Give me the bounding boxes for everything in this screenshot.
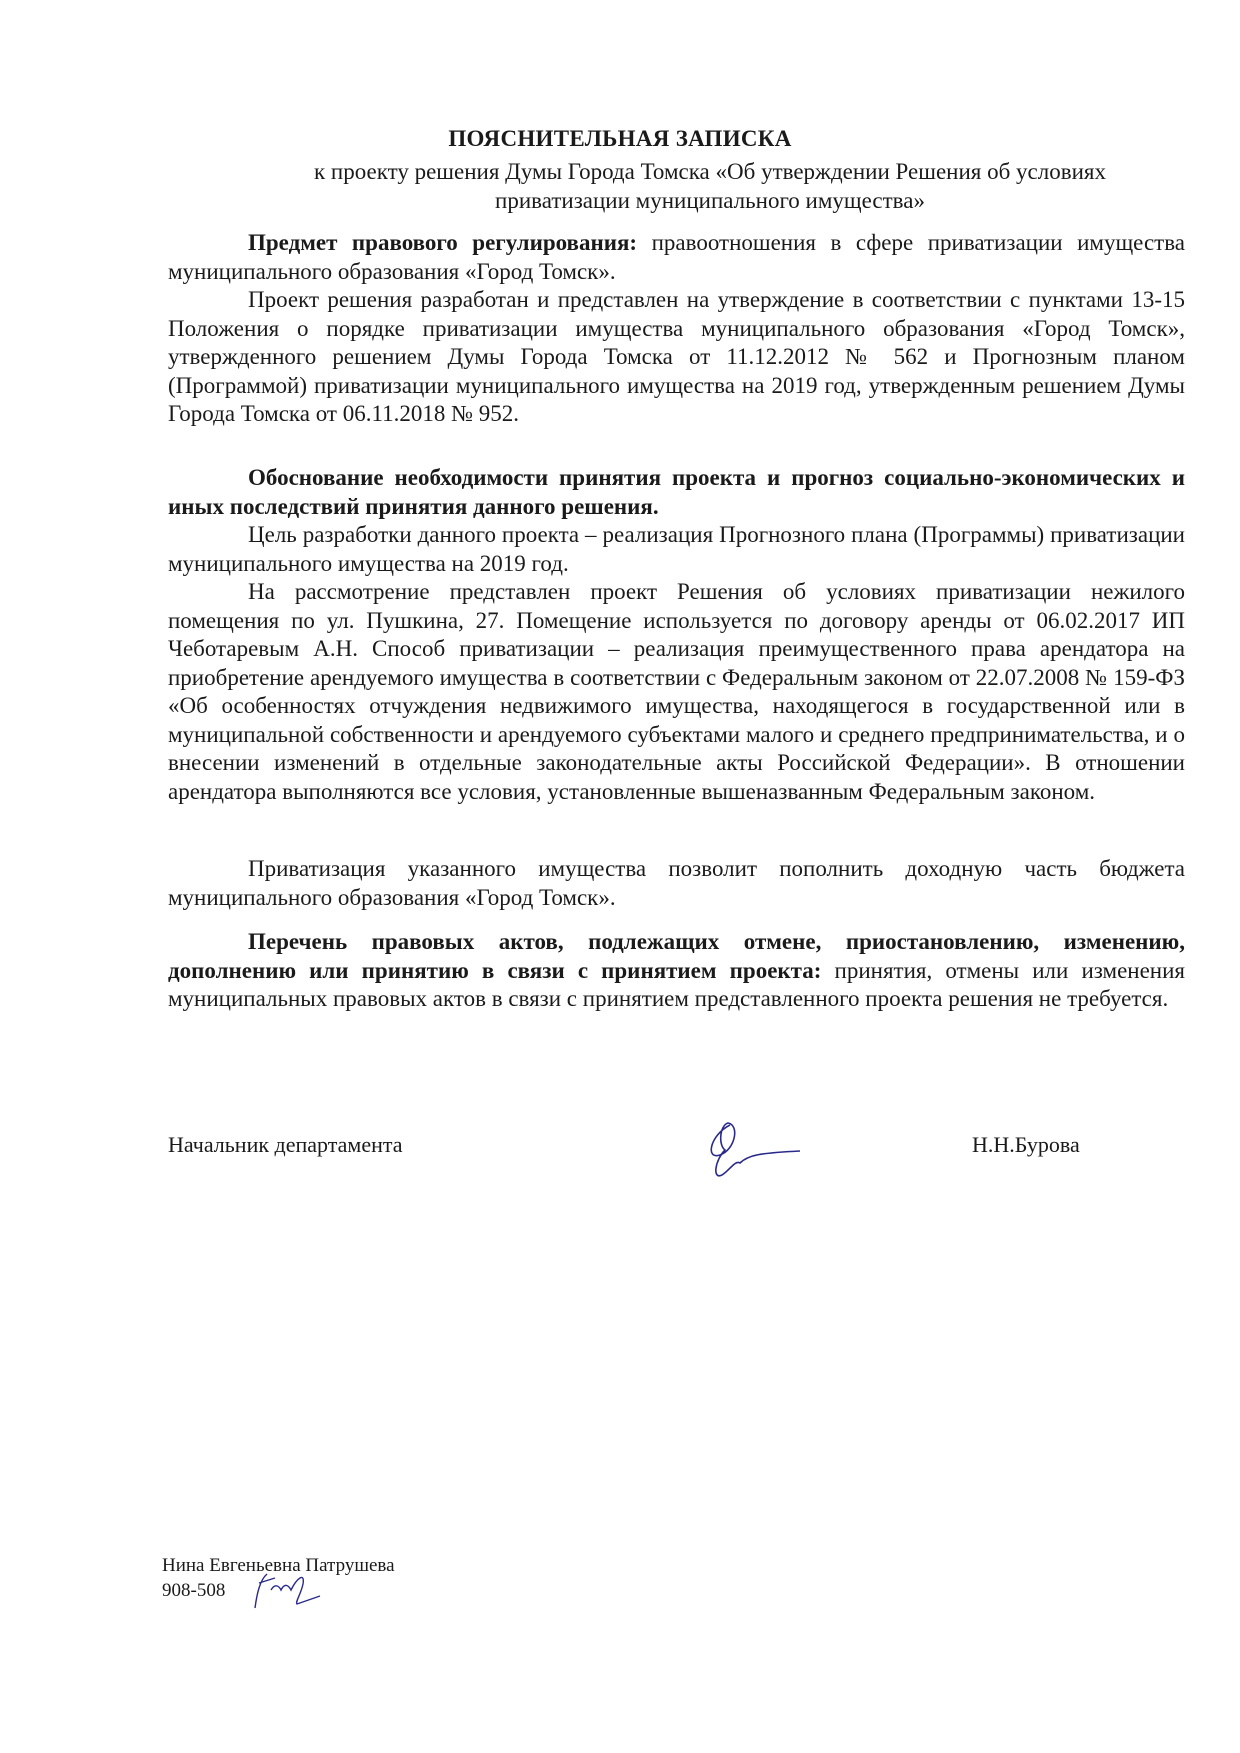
- justification-paragraph-1: Цель разработки данного проекта – реализ…: [168, 521, 1185, 578]
- signatory-name: Н.Н.Бурова: [972, 1132, 1080, 1158]
- section-justification: Обоснование необходимости принятия проек…: [168, 464, 1185, 806]
- signatory-position: Начальник департамента: [168, 1132, 403, 1158]
- subject-paragraph-2: Проект решения разработан и представлен …: [168, 286, 1185, 429]
- executor-signature-icon: [245, 1568, 335, 1618]
- document-page: ПОЯСНИТЕЛЬНАЯ ЗАПИСКА к проекту решения …: [0, 0, 1240, 1753]
- section-budget: Приватизация указанного имущества позвол…: [168, 855, 1185, 912]
- justification-heading: Обоснование необходимости принятия проек…: [168, 464, 1185, 521]
- document-title: ПОЯСНИТЕЛЬНАЯ ЗАПИСКА: [0, 126, 1240, 152]
- subtitle-line-1: к проекту решения Думы Города Томска «Об…: [250, 157, 1170, 186]
- handwritten-signature-icon: [700, 1115, 810, 1190]
- subject-paragraph: Предмет правового регулирования: правоот…: [168, 229, 1185, 286]
- justification-paragraph-2: На рассмотрение представлен проект Решен…: [168, 578, 1185, 806]
- subject-heading: Предмет правового регулирования:: [248, 230, 637, 255]
- section-subject: Предмет правового регулирования: правоот…: [168, 229, 1185, 429]
- executor-phone: 908-508: [162, 1580, 225, 1602]
- document-subtitle: к проекту решения Думы Города Томска «Об…: [250, 157, 1170, 215]
- acts-paragraph: Перечень правовых актов, подлежащих отме…: [168, 928, 1185, 1014]
- subtitle-line-2: приватизации муниципального имущества»: [250, 186, 1170, 215]
- section-acts: Перечень правовых актов, подлежащих отме…: [168, 928, 1185, 1014]
- justification-paragraph-3: Приватизация указанного имущества позвол…: [168, 855, 1185, 912]
